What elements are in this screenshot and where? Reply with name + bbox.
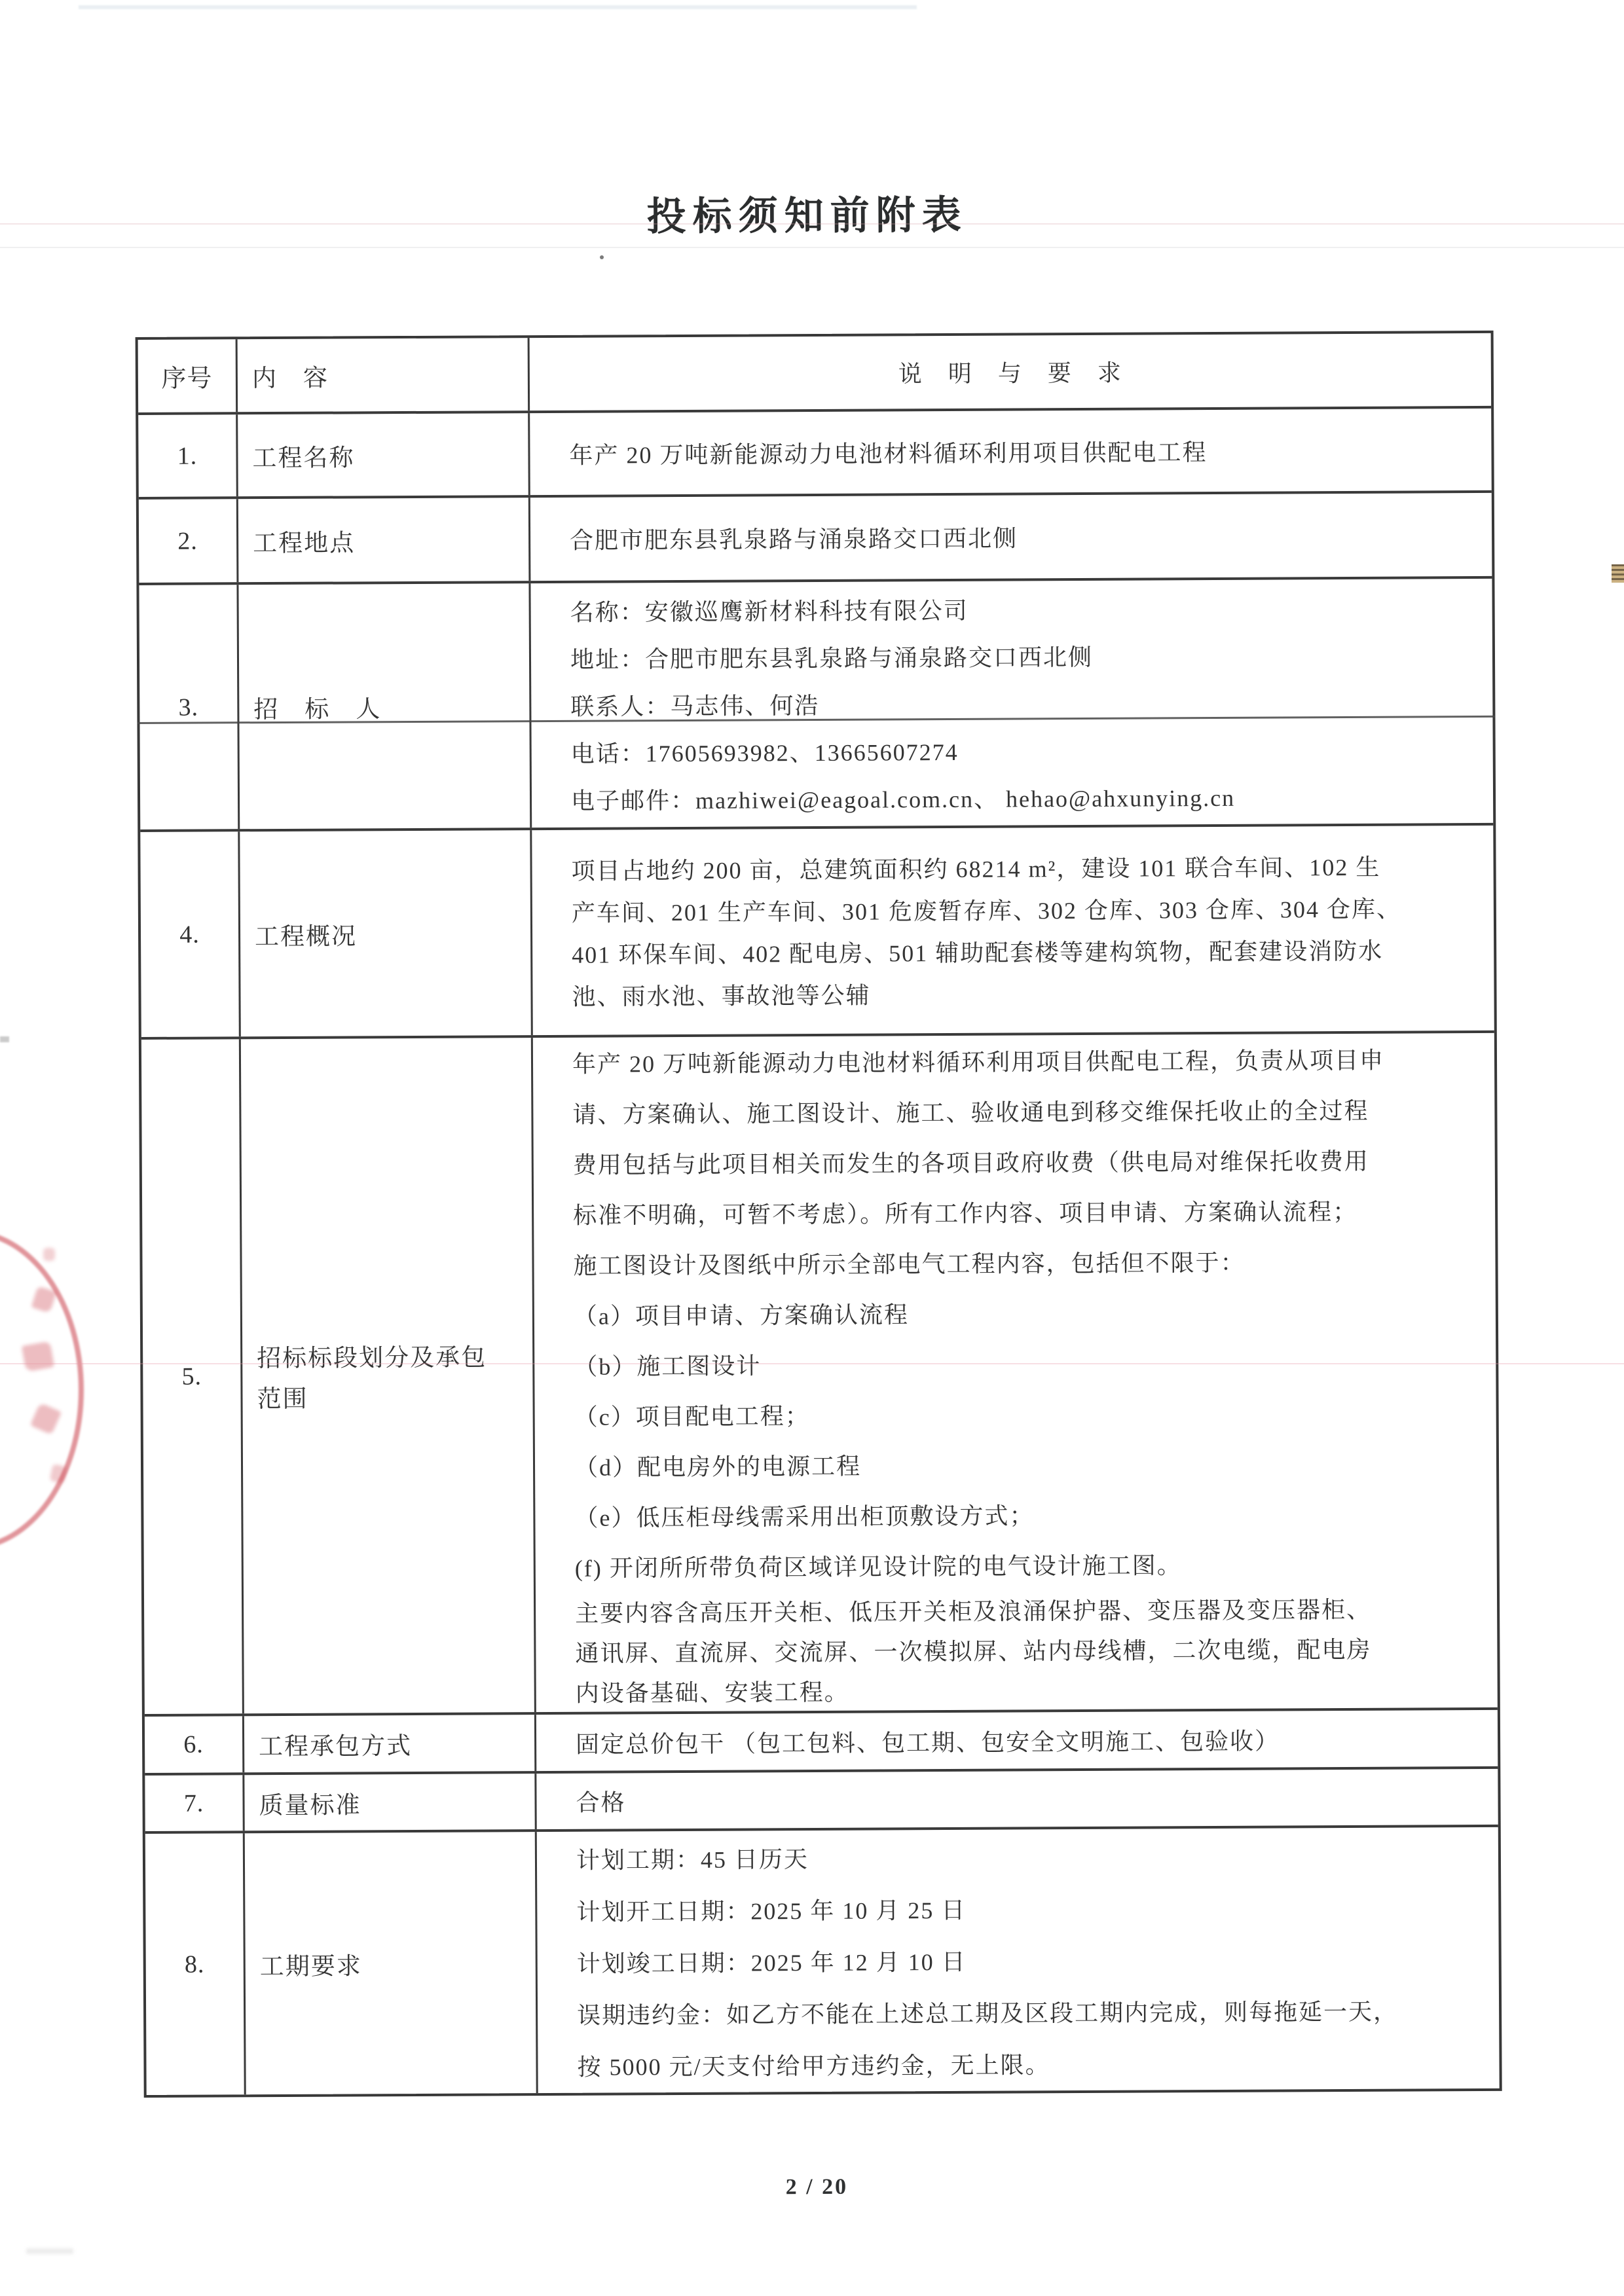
desc-line: 主要内容含高压开关柜、低压开关柜及浪涌保护器、变压器及变压器柜、 [575,1588,1475,1632]
row-label: 工程名称 [238,413,530,496]
row-label-line: 工期要求 [260,1942,536,1984]
desc-line: 计划开工日期：2025 年 10 月 25 日 [576,1880,1476,1937]
desc-line: 内设备基础、安装工程。 [576,1667,1475,1712]
row-label-line: 工程承包方式 [259,1722,534,1764]
table-row-2: 2. 工程地点 合肥市肥东县乳泉路与涌泉路交口西北侧 [139,490,1492,583]
row-desc: 年产 20 万吨新能源动力电池材料循环利用项目供配电工程，负责从项目申 请、方案… [533,1033,1498,1712]
header-content-label: 内 容 [252,354,528,396]
row-number: 1. [138,414,238,497]
row-desc: 计划工期：45 日历天 计划开工日期：2025 年 10 月 25 日 计划竣工… [537,1827,1500,2093]
row-label: 质量标准 [244,1774,536,1831]
header-cell-no: 序号 [138,339,238,412]
desc-line: 计划工期：45 日历天 [576,1829,1476,1885]
row-label: 工程地点 [238,498,531,582]
scan-content: 投标须知前附表 序号 内 容 说 明 与 要 求 1. 工程名称 年产 20 万… [0,0,1624,2296]
desc-line: 费用包括与此项目相关而发生的各项目政府收费（供电局对维保托收费用 [573,1134,1473,1189]
desc-line: 标准不明确，可暂不考虑）。所有工作内容、项目申请、方案确认流程； [573,1184,1473,1239]
desc-line: 请、方案确认、施工图设计、施工、验收通电到移交维保托收止的全过程 [572,1084,1472,1139]
desc-line: 年产 20 万吨新能源动力电池材料循环利用项目供配电工程 [569,433,1469,471]
desc-line: 401 环保车间、402 配电房、501 辅助配套楼等建构筑物，配套建设消防水 [572,928,1471,975]
desc-line: 产车间、201 生产车间、301 危废暂存库、302 仓库、303 仓库、304… [572,886,1471,933]
page-title: 投标须知前附表 [0,181,1619,245]
desc-line: 年产 20 万吨新能源动力电池材料循环利用项目供配电工程，负责从项目申 [572,1033,1472,1088]
row-label: 工程承包方式 [244,1715,536,1772]
row-desc: 合格 [536,1769,1498,1829]
desc-line: 固定总价包干 （包工包料、包工期、包安全文明施工、包验收） [576,1722,1475,1760]
red-seal-text-smudge [43,1248,55,1261]
red-seal-text-smudge [22,1341,54,1372]
ink-speck [600,255,604,259]
table-row-7: 7. 质量标准 合格 [145,1766,1498,1831]
left-edge-mark [0,1036,9,1042]
table-row-8: 8. 工期要求 计划工期：45 日历天 计划开工日期：2025 年 10 月 2… [145,1825,1500,2095]
row-label: 招标标段划分及承包 范围 [241,1038,536,1713]
desc-line: (f) 开闭所所带负荷区域详见设计院的电气设计施工图。 [575,1537,1475,1592]
desc-line: 地址：合肥市肥东县乳泉路与涌泉路交口西北侧 [570,630,1470,682]
row-number: 5. [141,1039,244,1714]
row-label-line: 招标标段划分及承包 [257,1334,532,1376]
row-desc: 年产 20 万吨新能源动力电池材料循环利用项目供配电工程 [530,409,1492,495]
row-number: 6. [145,1716,244,1773]
desc-line: （e）低压柜母线需采用出柜顶敷设方式； [574,1487,1474,1542]
row-label-line: 工程地点 [253,519,528,561]
row-desc: 固定总价包干 （包工包料、包工期、包安全文明施工、包验收） [536,1710,1498,1771]
desc-line: 池、雨水池、事故池等公辅 [572,970,1471,1017]
desc-line: 电子邮件：mazhiwei@eagoal.com.cn、 hehao@ahxun… [571,772,1471,824]
desc-line: （c）项目配电工程； [574,1386,1473,1441]
table-row-6: 6. 工程承包方式 固定总价包干 （包工包料、包工期、包安全文明施工、包验收） [145,1707,1498,1773]
desc-line: 计划竣工日期：2025 年 12 月 10 日 [577,1932,1477,1988]
scanned-document-page: 投标须知前附表 序号 内 容 说 明 与 要 求 1. 工程名称 年产 20 万… [0,0,1624,2296]
row-label-line: 范围 [257,1375,532,1417]
row-label-line: 工程名称 [252,434,528,476]
scan-streak [79,5,917,9]
row-label: 招 标 人 [238,583,532,829]
row-label: 工程概况 [240,830,533,1036]
desc-line: 电话：17605693982、13665607274 [571,725,1471,776]
desc-line: 合肥市肥东县乳泉路与涌泉路交口西北侧 [570,518,1469,556]
row-label: 工期要求 [245,1832,538,2094]
row-desc: 名称：安徽巡鹰新材料科技有限公司 地址：合肥市肥东县乳泉路与涌泉路交口西北侧 联… [530,579,1493,828]
table-row-4: 4. 工程概况 项目占地约 200 亩，总建筑面积约 68214 m²，建设 1… [140,823,1494,1037]
row-label-line: 质量标准 [259,1781,534,1823]
header-cell-desc: 说 明 与 要 求 [530,333,1492,410]
row-number: 8. [145,1833,246,2095]
table-row-3: 3. 招 标 人 名称：安徽巡鹰新材料科技有限公司 地址：合肥市肥东县乳泉路与涌… [139,576,1493,829]
header-cell-content: 内 容 [238,338,530,412]
row-number: 7. [145,1775,244,1831]
right-edge-mark [1612,564,1624,583]
bottom-smudge [26,2248,73,2254]
desc-line: 项目占地约 200 亩，总建筑面积约 68214 m²，建设 101 联合车间、… [571,845,1471,891]
row-number: 4. [140,831,241,1037]
row-number: 2. [139,499,239,583]
scan-streak [0,247,1624,248]
table-header-row: 序号 内 容 说 明 与 要 求 [138,333,1492,412]
table-row-1: 1. 工程名称 年产 20 万吨新能源动力电池材料循环利用项目供配电工程 [138,406,1492,497]
row-desc: 合肥市肥东县乳泉路与涌泉路交口西北侧 [530,493,1492,581]
desc-line: （d）配电房外的电源工程 [574,1436,1474,1491]
row-desc: 项目占地约 200 亩，总建筑面积约 68214 m²，建设 101 联合车间、… [532,826,1494,1035]
desc-line: 按 5000 元/天支付给甲方违约金，无上限。 [577,2035,1477,2092]
desc-line: （a）项目申请、方案确认流程 [574,1285,1473,1340]
scan-streak [0,1363,1624,1364]
page-number: 2 / 20 [5,2171,1624,2204]
bid-info-table: 序号 内 容 说 明 与 要 求 1. 工程名称 年产 20 万吨新能源动力电池… [136,331,1502,2098]
desc-line: 合格 [576,1780,1475,1818]
desc-line: 名称：安徽巡鹰新材料科技有限公司 [570,583,1469,635]
scan-streak [0,223,1624,225]
desc-line: 通讯屏、直流屏、交流屏、一次模拟屏、站内母线槽，二次电缆，配电房 [575,1628,1475,1672]
row-number: 3. [139,585,240,829]
desc-line: 误期违约金：如乙方不能在上述总工期及区段工期内完成，则每拖延一天， [577,1984,1477,2040]
row-label-line: 工程概况 [255,913,530,955]
table-row-5: 5. 招标标段划分及承包 范围 年产 20 万吨新能源动力电池材料循环利用项目供… [141,1030,1498,1714]
desc-line: 施工图设计及图纸中所示全部电气工程内容，包括但不限于： [573,1235,1473,1290]
header-desc-label: 说 明 与 要 求 [898,355,1122,390]
